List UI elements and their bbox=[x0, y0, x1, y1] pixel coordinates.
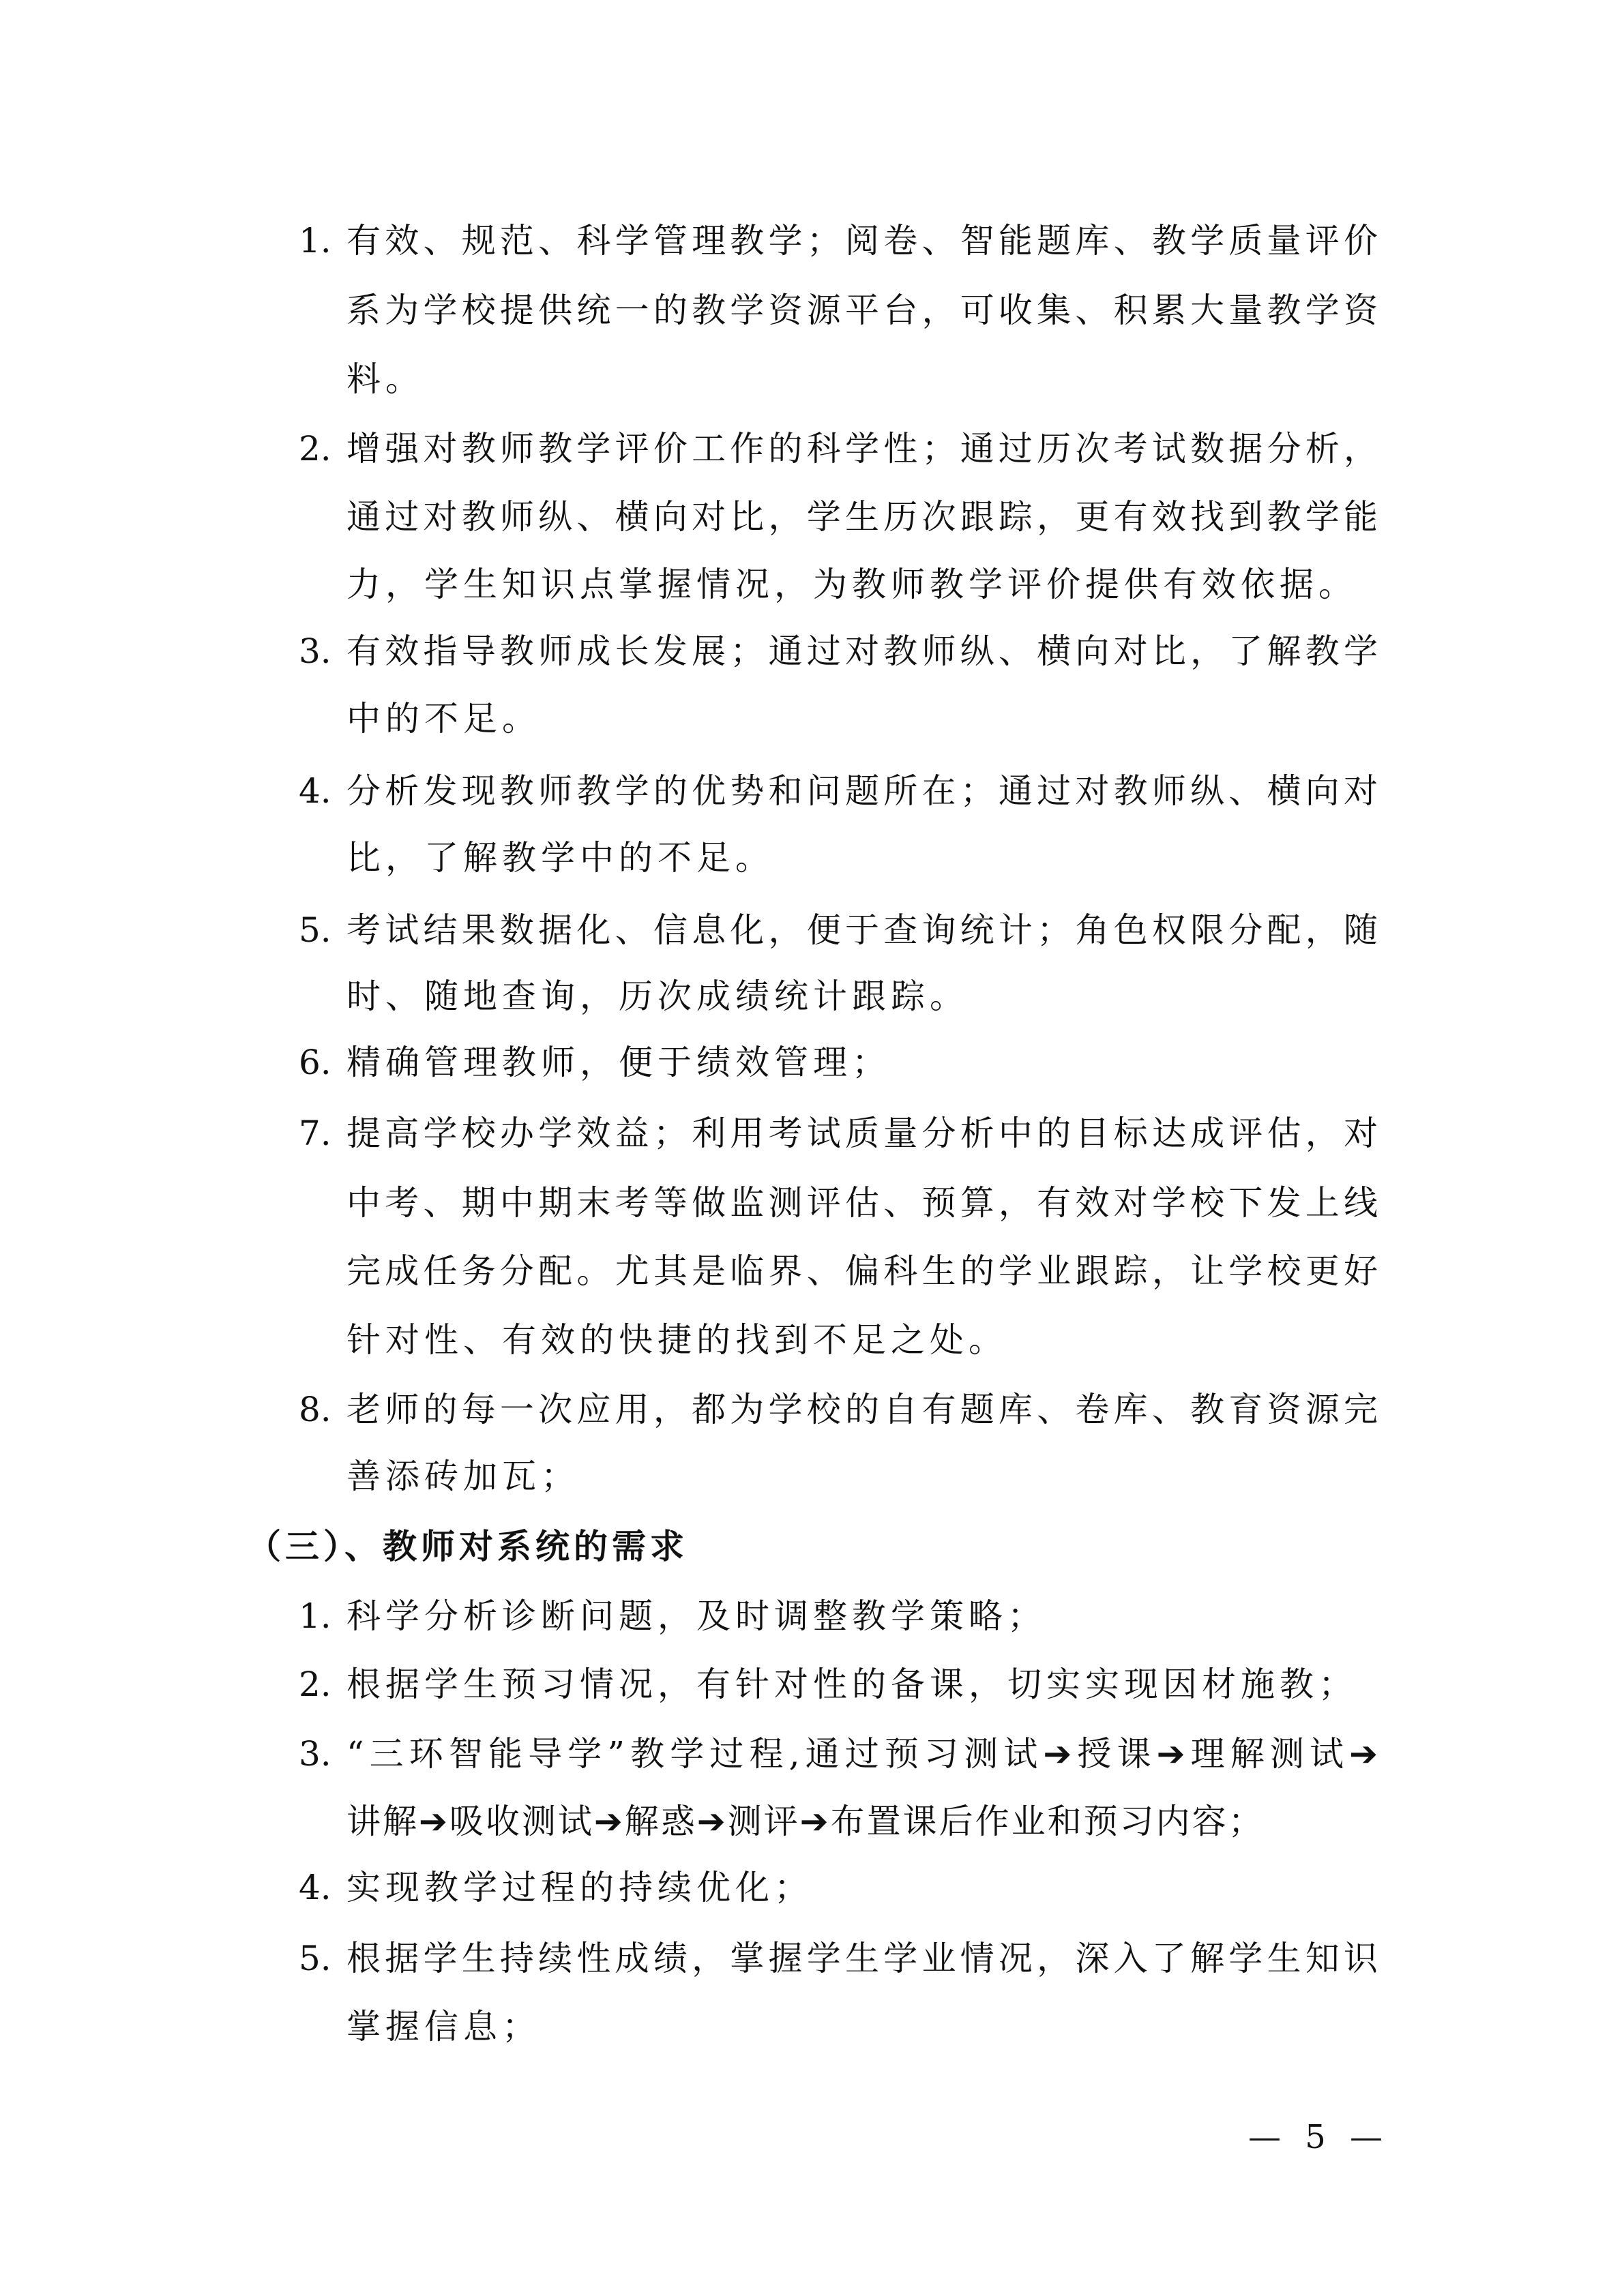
list-item-line: 善添砖加瓦； bbox=[346, 1442, 580, 1510]
list-item-line: 增强对教师教学评价工作的科学性；通过历次考试数据分析， bbox=[346, 415, 1378, 483]
list-item-line: 有效指导教师成长发展；通过对教师纵、横向对比，了解教学 bbox=[346, 617, 1378, 685]
list-number: 3. bbox=[299, 617, 331, 685]
list-item-line: 分析发现教师教学的优势和问题所在；通过对教师纵、横向对 bbox=[346, 757, 1378, 825]
list-item-line: 系为学校提供统一的教学资源平台，可收集、积累大量教学资 bbox=[346, 276, 1378, 344]
list-number: 5. bbox=[299, 1924, 331, 1993]
list-item-line: 根据学生持续性成绩，掌握学生学业情况，深入了解学生知识 bbox=[346, 1924, 1378, 1993]
list-item-line: 精确管理教师，便于绩效管理； bbox=[346, 1028, 891, 1097]
list-number: 1. bbox=[299, 207, 331, 275]
list-item-line: 科学分析诊断问题，及时调整教学策略； bbox=[346, 1582, 1046, 1650]
list-number: 2. bbox=[299, 415, 331, 483]
list-item-line: 讲解➔吸收测试➔解惑➔测评➔布置课后作业和预习内容； bbox=[346, 1787, 1265, 1855]
list-number: 4. bbox=[299, 757, 331, 825]
page-number: — 5 — bbox=[1248, 2110, 1389, 2164]
list-item-line: 根据学生预习情况，有针对性的备课，切实实现因材施教； bbox=[346, 1650, 1357, 1718]
document-page: 1. 有效、规范、科学管理教学；阅卷、智能题库、教学质量评价 系为学校提供统一的… bbox=[0, 0, 1624, 2296]
list-item-line: 中的不足。 bbox=[346, 685, 541, 753]
list-number: 5. bbox=[299, 896, 331, 964]
list-item-line: 力，学生知识点掌握情况，为教师教学评价提供有效依据。 bbox=[346, 550, 1357, 618]
list-item-line: “三环智能导学”教学过程,通过预习测试➔授课➔理解测试➔ bbox=[346, 1720, 1378, 1788]
list-item-line: 考试结果数据化、信息化，便于查询统计；角色权限分配，随 bbox=[346, 896, 1378, 964]
list-number: 2. bbox=[299, 1650, 331, 1718]
section-heading: （三）、教师对系统的需求 bbox=[247, 1512, 688, 1581]
list-number: 7. bbox=[299, 1099, 331, 1167]
list-item-line: 老师的每一次应用，都为学校的自有题库、卷库、教育资源完 bbox=[346, 1375, 1378, 1444]
list-number: 6. bbox=[299, 1028, 331, 1097]
list-item-line: 掌握信息； bbox=[346, 1993, 541, 2061]
list-item-line: 中考、期中期末考等做监测评估、预算，有效对学校下发上线 bbox=[346, 1169, 1378, 1237]
list-number: 4. bbox=[299, 1853, 331, 1922]
list-item-line: 完成任务分配。尤其是临界、偏科生的学业跟踪，让学校更好 bbox=[346, 1237, 1378, 1305]
list-number: 3. bbox=[299, 1720, 331, 1788]
list-number: 1. bbox=[299, 1582, 331, 1650]
list-item-line: 有效、规范、科学管理教学；阅卷、智能题库、教学质量评价 bbox=[346, 207, 1378, 275]
list-item-line: 通过对教师纵、横向对比，学生历次跟踪，更有效找到教学能 bbox=[346, 483, 1378, 551]
list-item-line: 料。 bbox=[346, 345, 424, 413]
list-item-line: 比，了解教学中的不足。 bbox=[346, 824, 774, 892]
list-item-line: 提高学校办学效益；利用考试质量分析中的目标达成评估，对 bbox=[346, 1099, 1378, 1167]
list-item-line: 时、随地查询，历次成绩统计跟踪。 bbox=[346, 962, 969, 1030]
list-item-line: 针对性、有效的快捷的找到不足之处。 bbox=[346, 1306, 1007, 1374]
list-number: 8. bbox=[299, 1375, 331, 1444]
list-item-line: 实现教学过程的持续优化； bbox=[346, 1853, 813, 1922]
